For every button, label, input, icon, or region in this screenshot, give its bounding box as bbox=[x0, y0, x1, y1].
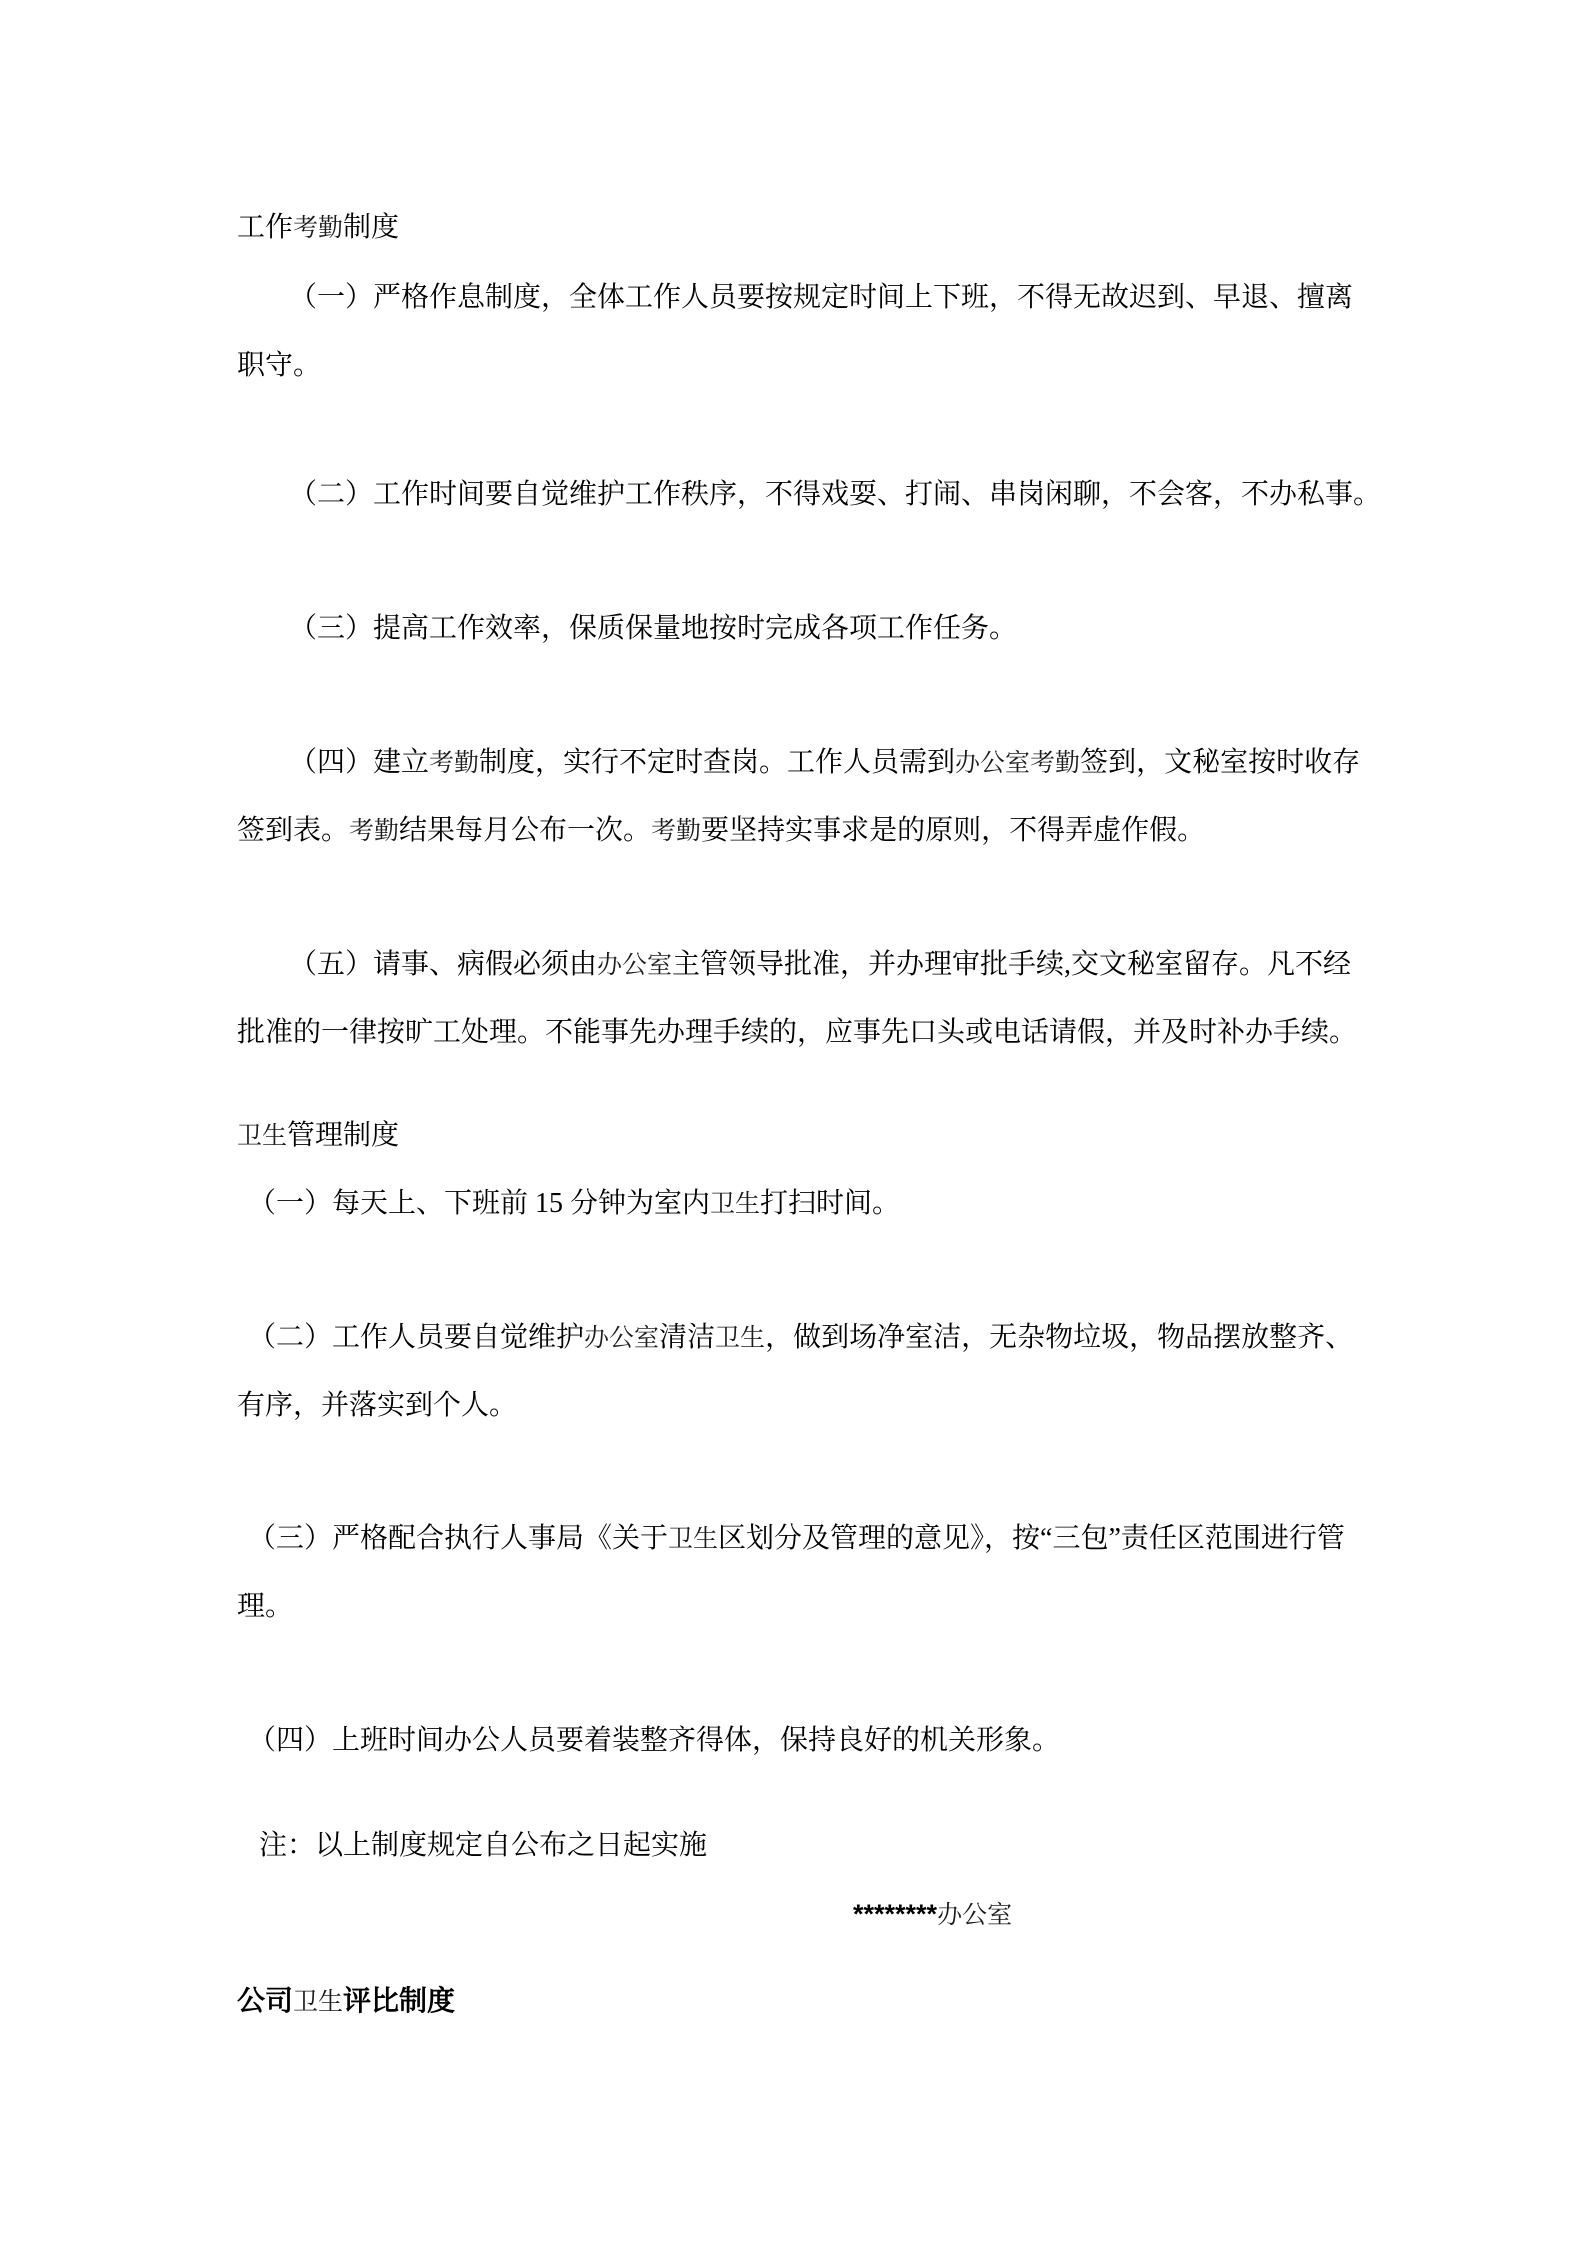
text-segment: 注：以上制度规定自公布之日起实施 bbox=[259, 1830, 707, 1861]
text-line: （五）请事、病假必须由办公室主管领导批准，并办理审批手续,交文秘室留存。凡不经 bbox=[237, 931, 1367, 999]
text-segment: 批准的一律按旷工处理。不能事先办理手续的，应事先口头或电话请假，并及时补办手续。 bbox=[237, 1017, 1357, 1048]
text-line: 注：以上制度规定自公布之日起实施 bbox=[237, 1812, 1367, 1880]
text-segment: 区划分及管理的意见》，按“三包”责任区范围进行管 bbox=[718, 1523, 1345, 1554]
attendance-rule-3: （三）提高工作效率，保质保量地按时完成各项工作任务。 bbox=[237, 595, 1367, 663]
text-segment: （一）严格作息制度，全体工作人员要按规定时间上下班，不得无故迟到、早退、擅离 bbox=[289, 282, 1353, 313]
text-segment: （三）提高工作效率，保质保量地按时完成各项工作任务。 bbox=[289, 613, 1017, 644]
hygiene-rule-4: （四）上班时间办公人员要着装整齐得体，保持良好的机关形象。 bbox=[237, 1707, 1367, 1775]
text-segment: 制度 bbox=[343, 212, 399, 243]
text-segment: ，做到场净室洁，无杂物垃圾，物品摆放整齐、 bbox=[765, 1322, 1353, 1353]
signature-office: ********办公室 bbox=[237, 1880, 1367, 1948]
text-segment: 要坚持实事求是的原则，不得弄虚作假。 bbox=[701, 815, 1205, 846]
text-segment: 考勤 bbox=[349, 818, 399, 845]
heading-hygiene-management: 卫生管理制度 bbox=[237, 1102, 1367, 1170]
text-segment: 有序，并落实到个人。 bbox=[237, 1390, 517, 1421]
text-segment: 卫生 bbox=[293, 1989, 343, 2016]
text-segment: 考勤 bbox=[293, 215, 343, 242]
text-segment: 工作 bbox=[237, 212, 293, 243]
text-line: （二）工作时间要自觉维护工作秩序，不得戏耍、打闹、串岗闲聊，不会客，不办私事。 bbox=[237, 461, 1367, 529]
text-segment: 制度，实行不定时查岗。工作人员需到 bbox=[479, 747, 955, 778]
text-segment: 评比制度 bbox=[343, 1986, 455, 2017]
hygiene-rule-1: （一）每天上、下班前 15 分钟为室内卫生打扫时间。 bbox=[237, 1170, 1367, 1238]
text-segment: 结果每月公布一次。 bbox=[399, 815, 651, 846]
text-segment: （一）每天上、下班前 15 分钟为室内 bbox=[248, 1188, 710, 1219]
text-line: 批准的一律按旷工处理。不能事先办理手续的，应事先口头或电话请假，并及时补办手续。 bbox=[237, 999, 1367, 1067]
text-line: （四）建立考勤制度，实行不定时查岗。工作人员需到办公室考勤签到，文秘室按时收存 bbox=[237, 729, 1367, 797]
text-line: 签到表。考勤结果每月公布一次。考勤要坚持实事求是的原则，不得弄虚作假。 bbox=[237, 797, 1367, 865]
masked-asterisks: ******** bbox=[853, 1899, 937, 1929]
text-segment: 卫生 bbox=[715, 1325, 765, 1352]
text-line: （一）每天上、下班前 15 分钟为室内卫生打扫时间。 bbox=[237, 1170, 1367, 1238]
attendance-rule-1: （一）严格作息制度，全体工作人员要按规定时间上下班，不得无故迟到、早退、擅离职守… bbox=[237, 264, 1367, 400]
text-segment: 理。 bbox=[237, 1591, 293, 1622]
text-segment: 卫生 bbox=[668, 1526, 718, 1553]
attendance-rule-2: （二）工作时间要自觉维护工作秩序，不得戏耍、打闹、串岗闲聊，不会客，不办私事。 bbox=[237, 461, 1367, 529]
attendance-rule-5: （五）请事、病假必须由办公室主管领导批准，并办理审批手续,交文秘室留存。凡不经批… bbox=[237, 931, 1367, 1067]
text-line: （三）提高工作效率，保质保量地按时完成各项工作任务。 bbox=[237, 595, 1367, 663]
text-segment: （三）严格配合执行人事局《关于 bbox=[248, 1523, 668, 1554]
text-segment: 主管领导批准，并办理审批手续,交文秘室留存。凡不经 bbox=[672, 949, 1351, 980]
text-line: 有序，并落实到个人。 bbox=[237, 1372, 1367, 1440]
text-line: （三）严格配合执行人事局《关于卫生区划分及管理的意见》，按“三包”责任区范围进行… bbox=[237, 1505, 1367, 1573]
text-line: 职守。 bbox=[237, 332, 1367, 400]
text-line: 工作考勤制度 bbox=[237, 194, 1367, 262]
document-page: 工作考勤制度（一）严格作息制度，全体工作人员要按规定时间上下班，不得无故迟到、早… bbox=[0, 0, 1587, 2245]
text-segment: 管理制度 bbox=[287, 1120, 399, 1151]
attendance-rule-4: （四）建立考勤制度，实行不定时查岗。工作人员需到办公室考勤签到，文秘室按时收存签… bbox=[237, 729, 1367, 865]
text-segment: （五）请事、病假必须由 bbox=[289, 949, 597, 980]
text-line: （二）工作人员要自觉维护办公室清洁卫生，做到场净室洁，无杂物垃圾，物品摆放整齐、 bbox=[237, 1304, 1367, 1372]
text-line: （四）上班时间办公人员要着装整齐得体，保持良好的机关形象。 bbox=[237, 1707, 1367, 1775]
text-segment: 签到表。 bbox=[237, 815, 349, 846]
text-segment: 职守。 bbox=[237, 350, 321, 381]
text-line: 公司卫生评比制度 bbox=[237, 1968, 1367, 2036]
text-segment: （二）工作人员要自觉维护 bbox=[248, 1322, 584, 1353]
text-segment: 打扫时间。 bbox=[760, 1188, 900, 1219]
text-segment: 签到，文秘室按时收存 bbox=[1080, 747, 1360, 778]
text-segment: （四）上班时间办公人员要着装整齐得体，保持良好的机关形象。 bbox=[248, 1725, 1060, 1756]
text-segment: 考勤 bbox=[429, 750, 479, 777]
text-segment: 清洁 bbox=[659, 1322, 715, 1353]
document-body: 工作考勤制度（一）严格作息制度，全体工作人员要按规定时间上下班，不得无故迟到、早… bbox=[237, 194, 1367, 2036]
text-segment: 办公室 bbox=[937, 1902, 1012, 1929]
text-segment: （四）建立 bbox=[289, 747, 429, 778]
hygiene-rule-2: （二）工作人员要自觉维护办公室清洁卫生，做到场净室洁，无杂物垃圾，物品摆放整齐、… bbox=[237, 1304, 1367, 1440]
text-segment: 办公室考勤 bbox=[955, 750, 1080, 777]
text-line: 卫生管理制度 bbox=[237, 1102, 1367, 1170]
text-line: 理。 bbox=[237, 1573, 1367, 1641]
text-segment: 卫生 bbox=[710, 1191, 760, 1218]
text-segment: 公司 bbox=[237, 1986, 293, 2017]
text-segment: 考勤 bbox=[651, 818, 701, 845]
hygiene-rule-3: （三）严格配合执行人事局《关于卫生区划分及管理的意见》，按“三包”责任区范围进行… bbox=[237, 1505, 1367, 1641]
heading-company-hygiene-appraisal: 公司卫生评比制度 bbox=[237, 1968, 1367, 2036]
heading-work-attendance: 工作考勤制度 bbox=[237, 194, 1367, 262]
text-segment: （二）工作时间要自觉维护工作秩序，不得戏耍、打闹、串岗闲聊，不会客，不办私事。 bbox=[289, 479, 1381, 510]
text-line: ********办公室 bbox=[237, 1880, 1367, 1948]
note-line: 注：以上制度规定自公布之日起实施 bbox=[237, 1812, 1367, 1880]
text-line: （一）严格作息制度，全体工作人员要按规定时间上下班，不得无故迟到、早退、擅离 bbox=[237, 264, 1367, 332]
text-segment: 卫生 bbox=[237, 1123, 287, 1150]
text-segment: 办公室 bbox=[584, 1325, 659, 1352]
text-segment: 办公室 bbox=[597, 952, 672, 979]
